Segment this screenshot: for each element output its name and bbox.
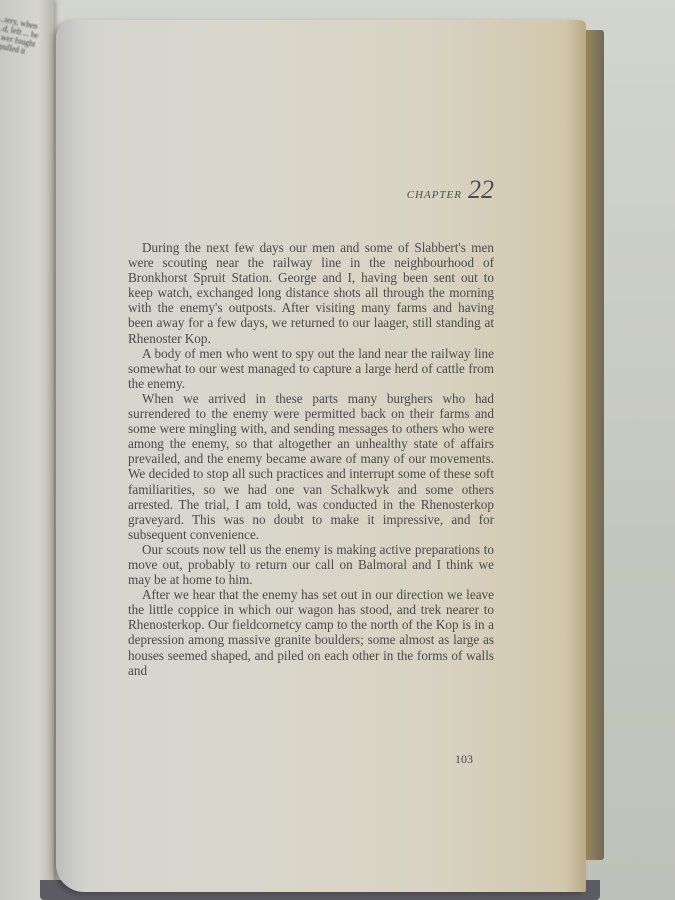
left-page-edge: ...tery, when ...d, left ... be ...wer f… — [0, 0, 54, 900]
chapter-number: 22 — [468, 175, 494, 205]
paragraph: When we arrived in these parts many burg… — [128, 391, 494, 542]
body-text: During the next few days our men and som… — [128, 240, 494, 678]
chapter-label: CHAPTER — [407, 189, 462, 201]
paragraph: A body of men who went to spy out the la… — [128, 346, 494, 391]
paragraph: Our scouts now tell us the enemy is maki… — [128, 542, 494, 587]
page-number: 103 — [455, 752, 473, 767]
chapter-heading: CHAPTER 22 — [407, 175, 494, 205]
paragraph: After we hear that the enemy has set out… — [128, 587, 494, 678]
left-page-partial-text: ...tery, when ...d, left ... be ...wer f… — [0, 14, 53, 60]
paragraph: During the next few days our men and som… — [128, 240, 494, 346]
book-page: CHAPTER 22 During the next few days our … — [56, 20, 586, 892]
